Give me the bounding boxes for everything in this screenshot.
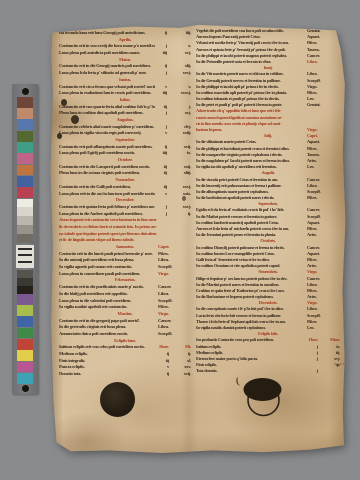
- zodiac-label: Cancer.: [304, 245, 340, 250]
- entry-text: In die antonij poſt meridiem erit luna p…: [59, 257, 155, 262]
- zodiac-label: Scorpi9.: [304, 189, 340, 194]
- entry-text: ria ſecunda luna erit luna Georgij poſt …: [59, 30, 155, 35]
- hours-value: v: [149, 364, 169, 369]
- red-note-text: et ſic de ſingulis annis vſque ad finem …: [59, 237, 191, 242]
- zodiac-label: Piſces.: [304, 288, 340, 293]
- zodiac-label: Piſces.: [304, 257, 340, 262]
- table-row-text: Finis eclipſis.: [196, 362, 298, 367]
- minutes-value: x.: [167, 43, 191, 48]
- minutes-value: xxxvj.: [167, 90, 191, 95]
- entry-row: Plena luna in die octaua virginis poſt m…: [59, 170, 191, 177]
- zodiac-label: Cancer.: [304, 207, 340, 212]
- rubric-side-label: Capri.: [304, 133, 340, 138]
- zodiac-label: Scorpi9.: [304, 214, 340, 219]
- table-row: Initium eclipſis erit vno celos poſt mer…: [59, 344, 191, 351]
- red-note-text: ſis decembris cu diebus horis et minutis…: [59, 224, 191, 229]
- minutes-value: ij.: [167, 211, 191, 216]
- zodiac-label: Leo.: [304, 96, 340, 101]
- entry-row: Coniunctio erit in die gregorij pape poſ…: [59, 318, 191, 325]
- entry-text: Vrbani erit media ferie p' Vincentij poſ…: [196, 40, 304, 45]
- zodiac-label: Leo.: [304, 164, 340, 169]
- rubric-header: Eclipſis ſolis.: [196, 331, 340, 337]
- entry-text: In die philippi et ſua iuliani poterit c…: [196, 146, 304, 151]
- solar-eclipse-body: [244, 378, 282, 401]
- entry-text: In craſtino lamberti mauricij apoſtoli p…: [196, 220, 304, 225]
- zodiac-label: Aries.: [304, 158, 340, 163]
- minutes-value: v.: [167, 84, 191, 89]
- entry-row: Luna plena in vigilia vincula regis poſt…: [59, 130, 191, 137]
- zodiac-label: Piſces.: [155, 304, 191, 309]
- minutes-value: ij.: [169, 351, 191, 356]
- hours-value: j: [155, 70, 167, 75]
- hours-value: j: [155, 124, 167, 129]
- rubric-header: September.: [59, 137, 191, 144]
- entry-text: Lucia ſeria vite lucie ſuit vermes et ſe…: [196, 313, 304, 318]
- entry-row: Coniunctio celebris aliaſ marie magdalen…: [59, 124, 191, 131]
- hours-value: v: [155, 130, 167, 135]
- entry-text: Luna plena poſt Egidij poſt meridiem noc…: [59, 150, 155, 155]
- minutes-value: xxvj.: [167, 204, 191, 209]
- entry-row: Coniunctio erit quinta feria poſt feſtum…: [59, 204, 191, 211]
- zodiac-label: Aquari.: [304, 34, 340, 39]
- zodiac-label: Gemini.: [304, 102, 340, 107]
- zodiac-label: Cancer.: [155, 284, 191, 289]
- table-row-text: Initium eclipſis.: [196, 344, 298, 349]
- entry-text: Luna plena ſcda feria p' viſitatio ad ge…: [59, 70, 155, 75]
- rubric-header: Nouembris.Virgo.: [196, 269, 340, 275]
- entry-row: Luna plena erit in die om'iu ſanctoru po…: [59, 191, 191, 198]
- zodiac-label: Leo.: [304, 325, 340, 330]
- entry-row: Coniuctio erit in die ſancti pauli primi…: [59, 251, 191, 258]
- red-note-text: ris in fine menſis cum ventis et pluuijs…: [196, 121, 340, 126]
- red-note-line: ſis decembris cu diebus horis et minutis…: [59, 224, 191, 231]
- rubric-header: Iunius.: [59, 77, 191, 84]
- minutes-value: xvj.: [167, 110, 191, 115]
- table-row-text: Im profundo Coniuctio vera pro poſt meri…: [196, 337, 298, 342]
- entry-row: Luna plena poſt antedicta poſt meridiem …: [59, 50, 191, 57]
- hours-value: ij: [155, 63, 167, 68]
- entry-text: Aurora et ſcda feria al' michaelis poter…: [196, 226, 304, 231]
- rubric-header: Februarius.: [59, 277, 191, 284]
- entry-text: Dilige et ſequitur p' oes ſanctos poteri…: [196, 276, 304, 281]
- zodiac-label: Aries.: [304, 263, 340, 268]
- hours-value: iiij: [155, 90, 167, 95]
- entry-row: In vigilia agnetis poſt nonas erit coniu…: [59, 264, 191, 271]
- hours-value: j: [298, 344, 318, 349]
- rubric-header: Iulius.: [59, 97, 191, 104]
- ink-blot: [57, 133, 62, 139]
- entry-text: In die Petronille poterit nota et ſerrat…: [196, 59, 304, 64]
- hours-value: ij: [149, 371, 169, 376]
- minutes-value: xxiij.: [167, 130, 191, 135]
- hours-value: iij: [155, 164, 167, 169]
- entry-text: In die philippi et iacobi poterit magnus…: [196, 53, 304, 58]
- rubric-side-label: Virgo.: [304, 269, 340, 274]
- zodiac-label: Aries.: [304, 232, 340, 237]
- column-left: ria ſecunda luna erit luna Georgij poſt …: [59, 30, 191, 378]
- entry-text: In craſtino lumen Luce euangeliſte poter…: [196, 251, 304, 256]
- zodiac-label: Gemini.: [304, 28, 340, 33]
- zodiac-label: Cancer.: [155, 318, 191, 323]
- zodiac-label: Piſces.: [304, 226, 340, 231]
- entry-row: Coniunctio erit poſt aſſumptionis marie …: [59, 144, 191, 151]
- entry-text: Thome i ſcda ferie al' ſtephani apli ſui…: [196, 319, 304, 324]
- entry-text: In vigilia agnetis poſt nonas erit coniu…: [59, 264, 155, 269]
- entry-text: Coniunctio erit circa feram qua vrbani p…: [59, 84, 155, 89]
- zodiac-label: Taurus.: [304, 47, 340, 52]
- minutes-value: xvj.: [318, 356, 340, 361]
- red-note-text: Anno ſequenti erit coniunctio vera lumin…: [59, 217, 191, 222]
- red-note-line: Anno ſequenti erit coniunctio vera lumin…: [59, 217, 191, 224]
- page-wrapper: ria ſecunda luna erit luna Georgij poſt …: [0, 0, 360, 480]
- minutes-value: xxv.: [169, 364, 191, 369]
- table-row-text: Duratio tota.: [59, 371, 149, 376]
- zodiac-label: Scorpi9.: [155, 331, 191, 336]
- entry-text: Luna plena erit in die om'iu ſanctoru po…: [59, 191, 155, 196]
- rubric-header: Martius.Virgo.: [59, 311, 191, 318]
- entry-text: Plena luna in die octaua virginis poſt m…: [59, 170, 155, 175]
- table-row-text: Medium eclipſis.: [59, 351, 149, 356]
- entry-row: In die blaſij poſt meridiem erit oppoſit…: [59, 291, 191, 298]
- entry-text: In die Martini poterit nares et ſerenita…: [196, 282, 304, 287]
- hours-value: iiij: [155, 150, 167, 155]
- minutes-value: xliij.: [167, 170, 191, 175]
- entry-text: In die viſitationis marie poterit Cetas.: [196, 139, 304, 144]
- entry-text: Craſtino et quita ferie al' Katherine pi…: [196, 288, 304, 293]
- entry-text: In die margarethe virginis poterit cepha…: [196, 152, 304, 157]
- rubric-header: Octobris.: [196, 238, 340, 244]
- entry-text: In vigilia iacobi apoſtoli p' meridiem e…: [196, 164, 304, 169]
- rubric-side-label: Capri.: [155, 244, 191, 249]
- rubric-header: Ianuarius.Capri.: [59, 244, 191, 251]
- minutes-value: xvij.: [169, 371, 191, 376]
- zodiac-label: Cancer.: [304, 276, 340, 281]
- red-note-text: ruario anno ſequenti ſignificat maxima m…: [196, 115, 340, 120]
- entry-text: Aurora et quinta ferie p' Seruatij pi' p…: [196, 47, 304, 52]
- entry-row: In die antonij poſt meridiem erit luna p…: [59, 257, 191, 264]
- entry-row: Coniunctio erit in die purificatiois mar…: [59, 284, 191, 291]
- table-row: Finis integralis.iijxl.: [59, 358, 191, 365]
- minutes-value: clvj.: [167, 124, 191, 129]
- column-right: Vrgebit die poſt meridiem vna hora poſt …: [196, 28, 340, 375]
- entry-text: Luna plena poſt antedicta poſt meridiem …: [59, 50, 155, 55]
- rubric-header: Iulij.Capri.: [196, 133, 340, 139]
- entry-row: ria ſecunda luna erit luna Georgij poſt …: [59, 30, 191, 37]
- ink-blot: [61, 99, 67, 106]
- entry-text: In vigilia mathie apoſtoli erit coniunct…: [59, 304, 155, 309]
- hours-value: j: [155, 110, 167, 115]
- zodiac-label: Aquari.: [304, 220, 340, 225]
- entry-text: Luna plena in exaltatione ſancte crucis …: [59, 90, 155, 95]
- entry-text: Luna plena in die Andree apoſtoli poſt m…: [59, 211, 155, 216]
- rubric-header: Maius.: [59, 57, 191, 64]
- hours-value: j: [155, 43, 167, 48]
- red-note-text: no tabule que ſequitur poterit queri per…: [59, 231, 191, 236]
- entry-text: In die blaſij poſt meridiem erit oppoſit…: [59, 291, 155, 296]
- zodiac-label: Scorpi9.: [304, 313, 340, 318]
- rubric-header: Eclipſis lune.: [59, 338, 191, 345]
- entry-text: In die conceptionis marie i ſe' p'la ſui…: [196, 306, 304, 311]
- entry-text: In craſtino iohannis et pauli pi' prima …: [196, 96, 304, 101]
- ink-blot: [182, 196, 186, 201]
- entry-text: Coniuctio erit in die ſancti pauli primi…: [59, 251, 155, 256]
- zodiac-label: Libra.: [304, 183, 340, 188]
- entry-row: Luna plena in conuerſione pauli poſt mer…: [59, 271, 191, 278]
- minutes-value: xl.: [169, 358, 191, 363]
- entry-text: Coniunctio erit in die Lamperti poſt mer…: [59, 164, 155, 169]
- zodiac-label: Libra.: [304, 282, 340, 287]
- entry-row: Luna plena ſcda feria p' viſitatio ad ge…: [59, 70, 191, 77]
- entry-row: Plena luna in craſtino diui apoſtoli poſ…: [59, 110, 191, 117]
- entry-row: Annunciatio dnica poſt meridiem noctis.S…: [59, 331, 191, 338]
- entry-text: In die Jeronimi poterit penes et ſerenit…: [196, 232, 304, 237]
- entry-row: Coniunctio erit in die Georgij martiris …: [59, 63, 191, 70]
- entry-text: Coniunctio erit in die gregorij pape poſ…: [59, 318, 155, 323]
- entry-text: In die Mathei poterit vermes et ſerenita…: [196, 214, 304, 219]
- hours-value: v: [155, 191, 167, 196]
- minutes-value: iij.: [318, 350, 340, 355]
- zodiac-label: Scorpi9.: [155, 298, 191, 303]
- rubric-header: Nouember.: [59, 177, 191, 184]
- table-row-text: Initium eclipſis erit vno celos poſt mer…: [59, 344, 149, 349]
- hours-value: Hore.: [149, 344, 169, 349]
- minutes-value: Mi.: [169, 344, 191, 349]
- red-note-text: Aduertendu eſt q' oppoſitio ſolis et lun…: [196, 108, 340, 113]
- signature-mark: xxxx: [334, 362, 345, 366]
- minutes-value: j.: [167, 104, 191, 109]
- entry-row: In vigilia mathie apoſtoli erit coniunct…: [59, 304, 191, 311]
- entry-row: Luna plena poſt Egidij poſt meridiem noc…: [59, 150, 191, 157]
- rubric-side-label: Virgo.: [304, 300, 340, 305]
- entry-text: Aurora ſequens Pancratij poterit Cetas.: [196, 34, 304, 39]
- rubric-header: October.: [59, 157, 191, 164]
- zodiac-label: Aquari.: [304, 139, 340, 144]
- entry-text: In die gertrudis virginis erit luna plen…: [59, 324, 155, 329]
- entry-text: Coniunctio erit in die Galli poſt meridi…: [59, 184, 155, 189]
- entry-text: In die vincula petri poterit Cetas et ſe…: [196, 177, 304, 182]
- minutes-value: xlij.: [167, 63, 191, 68]
- entry-text: In die bartholomei apoſtoli poterit nare…: [196, 195, 304, 200]
- minutes-value: xvj.: [167, 50, 191, 55]
- entry-text: Annunciatio dnica poſt meridiem noctis.: [59, 331, 155, 336]
- hours-value: j: [298, 350, 318, 355]
- hours-value: Hore.: [298, 337, 318, 342]
- table-row: Medium eclipſis.ijij.: [59, 351, 191, 358]
- hours-value: iij: [155, 170, 167, 175]
- zodiac-label: Piſces.: [304, 90, 340, 95]
- zodiac-label: Virgo.: [304, 84, 340, 89]
- entry-row: Luna plena in die Andree apoſtoli poſt m…: [59, 211, 191, 218]
- hours-value: j: [155, 211, 167, 216]
- minutes-value: Minu.: [318, 337, 340, 342]
- hours-value: j: [155, 204, 167, 209]
- entry-text: Coniunctio erit in vno xxviij die hora m…: [59, 43, 155, 48]
- entry-row: Luna plena in die valentini poſt meridie…: [59, 298, 191, 305]
- red-note-line: no tabule que ſequitur poterit queri per…: [59, 231, 191, 238]
- zodiac-label: Aquari.: [304, 251, 340, 256]
- entry-text: In die magdalene pi' Iacobi poterit nare…: [196, 158, 304, 163]
- minutes-value: xxij.: [167, 164, 191, 169]
- entry-text: In die petri et pauli p' poſt pi' poteri…: [196, 102, 304, 107]
- table-row: Puncta eclipſis.vxxv.: [59, 364, 191, 371]
- hours-value: iij: [155, 184, 167, 189]
- entry-text: Coniunctio erit quinta feria poſt feſtum…: [59, 204, 155, 209]
- zodiac-label: Piſces.: [304, 146, 340, 151]
- entry-text: Luna plena in vigilia vincula regis poſt…: [59, 130, 155, 135]
- zodiac-label: Scorpi9.: [155, 264, 191, 269]
- zodiac-label: Libra.: [155, 257, 191, 262]
- rubric-header: Auguſti.: [196, 170, 340, 176]
- lunar-eclipse-diagram: [100, 382, 135, 417]
- entry-text: In craſtino Omnium et vite apoſtolica po…: [196, 263, 304, 268]
- rubric-header: Septembris.: [196, 201, 340, 207]
- entry-text: In die Viti martiris poterit nares et ob…: [196, 71, 304, 76]
- zodiac-label: Scorpi9.: [304, 78, 340, 83]
- hours-value: ij: [149, 351, 169, 356]
- zodiac-label: Libra.: [304, 306, 340, 311]
- hours-value: j: [298, 356, 318, 361]
- zodiac-label: Virgo.: [304, 127, 340, 132]
- entry-text: Galli feria al' Seuerini erit vrina et ſ…: [196, 257, 304, 262]
- photo-backdrop: ria ſecunda luna erit luna Georgij poſt …: [0, 0, 360, 480]
- entry-text: In die laurentij erit pulmonariam et ſer…: [196, 183, 304, 188]
- entry-row: Luna plena in exaltatione ſancte crucis …: [59, 90, 191, 97]
- entry-text: In die philippi et iacobi apli pi' prima…: [196, 84, 304, 89]
- rubric-header: December.: [59, 197, 191, 204]
- zodiac-label: Cancer.: [304, 53, 340, 58]
- manuscript-page: ria ſecunda luna erit luna Georgij poſt …: [50, 24, 346, 453]
- hours-value: ij: [155, 30, 167, 35]
- minutes-value: ix.: [167, 150, 191, 155]
- hours-value: ij: [155, 144, 167, 149]
- hours-value: iij: [149, 358, 169, 363]
- rubric-side-label: Virgo.: [155, 311, 191, 316]
- entry-text: Luna plena in conuerſione pauli poſt mer…: [59, 271, 155, 276]
- rubric-header: Iunij.: [196, 65, 340, 71]
- entry-text: Vrgebit die poſt meridiem vna hora poſt …: [196, 28, 304, 33]
- zodiac-label: Cancer.: [304, 177, 340, 182]
- solar-eclipse-diagram: [230, 372, 300, 428]
- red-note-text: lunium ſequens.: [196, 127, 304, 132]
- hours-value: iij: [155, 104, 167, 109]
- table-row-text: Finis integralis.: [59, 358, 149, 363]
- entry-text: Egidio et ſcda feria al' exaltatois cruc…: [196, 207, 304, 212]
- entry-row: Coniunctio erit vno quarto feria aliaſ c…: [59, 104, 191, 111]
- rubric-header: Decembris.Virgo.: [196, 300, 340, 306]
- entry-row: Coniunctio erit circa feram qua vrbani p…: [59, 84, 191, 91]
- table-row: Duratio tota.ijxvij.: [59, 371, 191, 378]
- minutes-value: xvij.: [167, 144, 191, 149]
- table-row-text: Medium eclipſis.: [196, 350, 298, 355]
- entry-text: In die Barbariane et ſequens poterit cep…: [196, 294, 304, 299]
- zodiac-label: Aries.: [304, 294, 340, 299]
- entry-text: Coniunctio erit vno quarto feria aliaſ c…: [59, 104, 155, 109]
- minutes-value: xxix.: [167, 191, 191, 196]
- zodiac-label: Taurus.: [304, 152, 340, 157]
- entry-text: In die aſſumptionis marie poterit cephal…: [196, 189, 304, 194]
- zodiac-label: Virgo.: [155, 271, 191, 276]
- entry-text: Coniunctio celebris aliaſ marie magdalen…: [59, 124, 155, 129]
- zodiac-label: Libra.: [155, 291, 191, 296]
- entry-text: In craſtino Dionyſij poterit pulmone et …: [196, 245, 304, 250]
- hours-value: j: [298, 368, 318, 373]
- ink-blot: [71, 115, 79, 124]
- zodiac-label: Piſces.: [304, 40, 340, 45]
- zodiac-label: Libra.: [304, 59, 340, 64]
- rubric-header: Aprilis.: [59, 37, 191, 44]
- entry-row: Coniunctio erit in die Lamperti poſt mer…: [59, 164, 191, 171]
- entry-row: Coniunctio erit in vno xxviij die hora m…: [59, 43, 191, 50]
- entry-text: Coniunctio erit in die purificatiois mar…: [59, 284, 155, 289]
- entry-text: In vigilia natalis domini poterit cephal…: [196, 325, 304, 330]
- entry-text: In die Geruaſij poterit nervos et ſereni…: [196, 78, 304, 83]
- zodiac-label: Libra.: [304, 71, 340, 76]
- entry-text: Luna plena in die valentini poſt meridie…: [59, 298, 155, 303]
- zodiac-label: Piſces.: [304, 195, 340, 200]
- zodiac-label: Piſces.: [304, 319, 340, 324]
- minutes-value: xxvj.: [167, 184, 191, 189]
- red-note-line: et ſic de ſingulis annis vſque ad finem …: [59, 237, 191, 244]
- entry-row: Coniunctio erit in die Galli poſt meridi…: [59, 184, 191, 191]
- zodiac-label: Libra.: [155, 324, 191, 329]
- minutes-value: ix.: [318, 344, 340, 349]
- table-row-text: Eternu fere maior pucto q' ſolis pucta.: [196, 356, 298, 361]
- minutes-value: xxvj.: [167, 70, 191, 75]
- entry-row: In die gertrudis virginis erit luna plen…: [59, 324, 191, 331]
- hours-value: v: [155, 84, 167, 89]
- zodiac-label: Piſces.: [155, 251, 191, 256]
- hours-value: iiij: [155, 50, 167, 55]
- entry-text: In craſtino marcialis apli poterit pi' p…: [196, 90, 304, 95]
- entry-text: Coniunctio erit in die Georgij martiris …: [59, 63, 155, 68]
- minutes-value: iiij.: [167, 30, 191, 35]
- table-row-text: Puncta eclipſis.: [59, 364, 149, 369]
- entry-text: Coniunctio erit poſt aſſumptionis marie …: [59, 144, 155, 149]
